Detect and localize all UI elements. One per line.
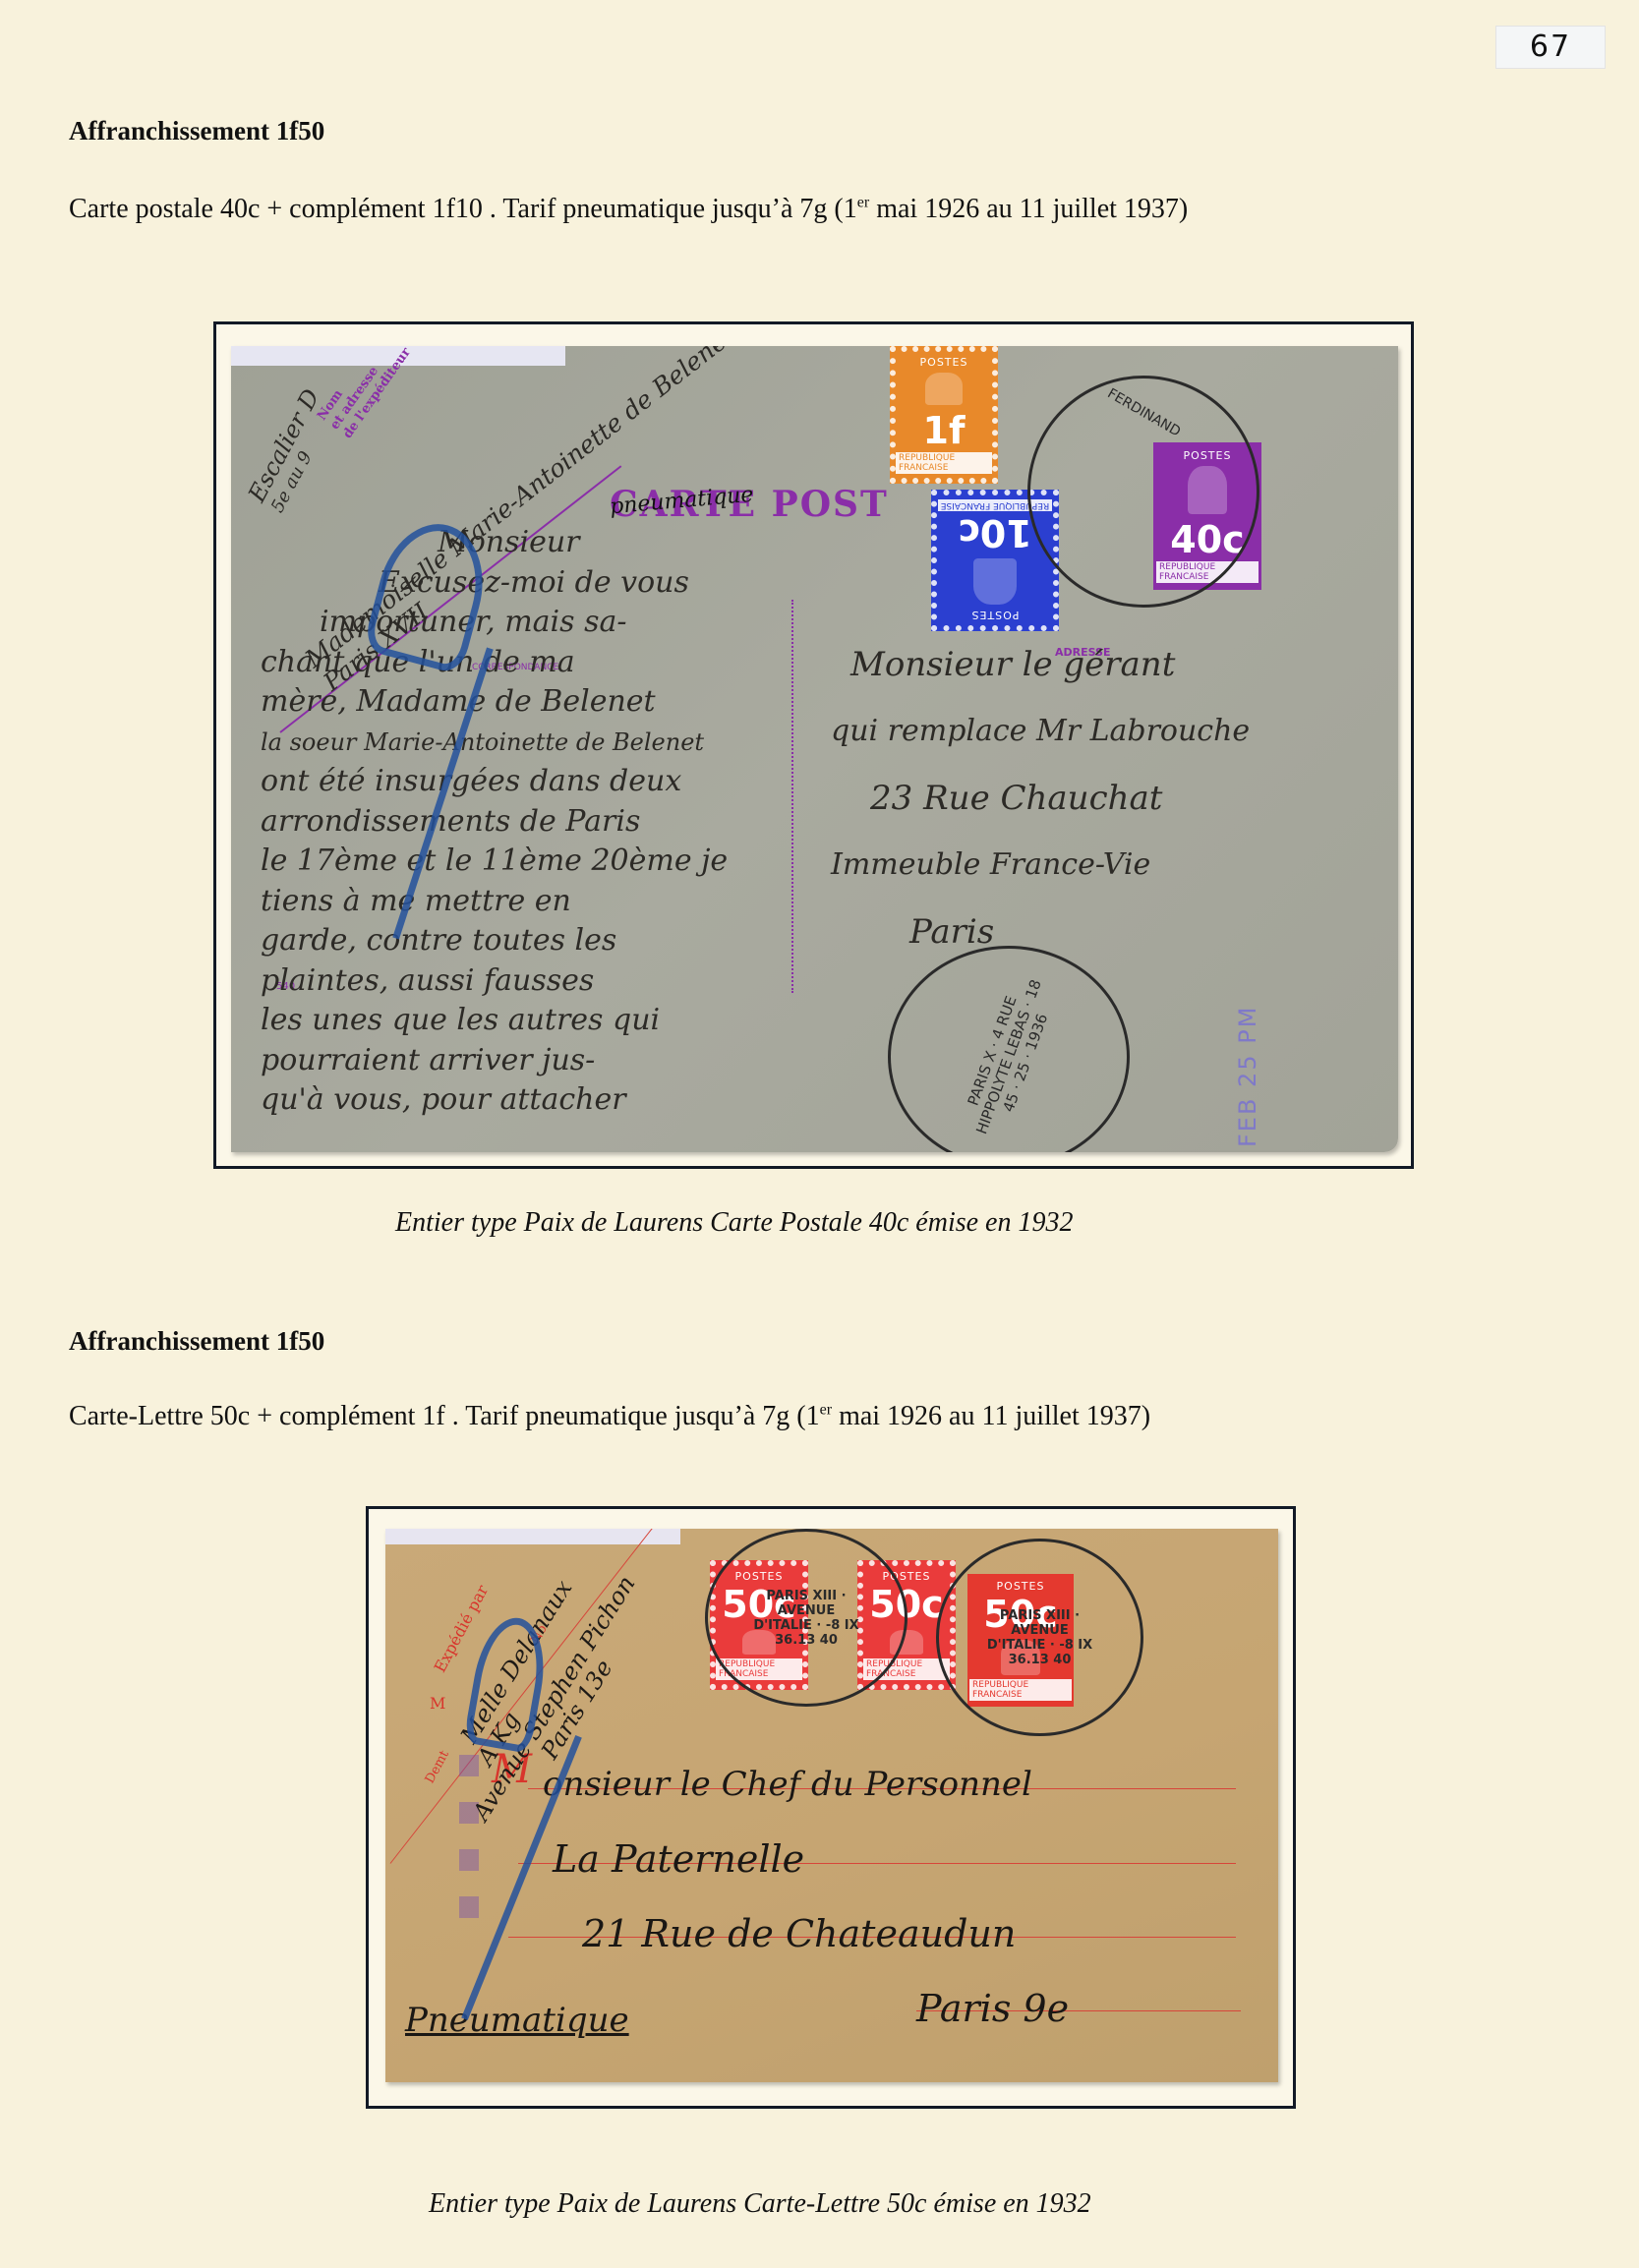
- handwritten-address: Monsieur le gérant qui remplace Mr Labro…: [831, 631, 1250, 965]
- handwritten-corner-note: Escalier D 5e au 9: [243, 384, 343, 516]
- section-1-caption: Entier type Paix de Laurens Carte Postal…: [395, 1207, 1074, 1239]
- postmark-paris-hippolyte-lebas: PARIS X · 4 RUE HIPPOLYTE LEBAS · 18 45 …: [888, 946, 1130, 1152]
- postmark-paris-xiii-2: PARIS XIII · AVENUE D'ITALIE · -8 IX 36.…: [936, 1539, 1143, 1736]
- postal-card-40c: Nom et adresse de l'expéditeur CARTE POS…: [231, 346, 1398, 1152]
- section-1-description: Carte postale 40c + complément 1f10 . Ta…: [69, 194, 1188, 225]
- handwritten-annotation: Pneumatique: [405, 2001, 629, 2040]
- page-number-label: 67: [1495, 26, 1606, 69]
- handwritten-message: Monsieur Excusez-moi de vous importuner,…: [261, 523, 728, 1121]
- letter-card-50c: Expédié par M Demt No M POSTES 50c REPUB…: [385, 1529, 1278, 2082]
- postmark-paris-xiii-1: PARIS XIII · AVENUE D'ITALIE · -8 IX 36.…: [705, 1529, 907, 1707]
- label-m: M: [430, 1694, 445, 1713]
- card-hinge-strip: [385, 1529, 680, 1544]
- section-2-caption: Entier type Paix de Laurens Carte-Lettre…: [429, 2188, 1091, 2220]
- section-2-description: Carte-Lettre 50c + complément 1f . Tarif…: [69, 1401, 1150, 1432]
- stamp-orange-1f: POSTES 1f REPUBLIQUE FRANCAISE: [890, 346, 998, 484]
- postmark-violet-feb-25: FEB 25 PM: [1234, 965, 1263, 1147]
- section-1-heading: Affranchissement 1f50: [69, 116, 324, 146]
- postmark-ferdinand: FERDINAND: [1027, 376, 1259, 608]
- divider-vertical: [791, 600, 795, 993]
- section-2-heading: Affranchissement 1f50: [69, 1326, 324, 1357]
